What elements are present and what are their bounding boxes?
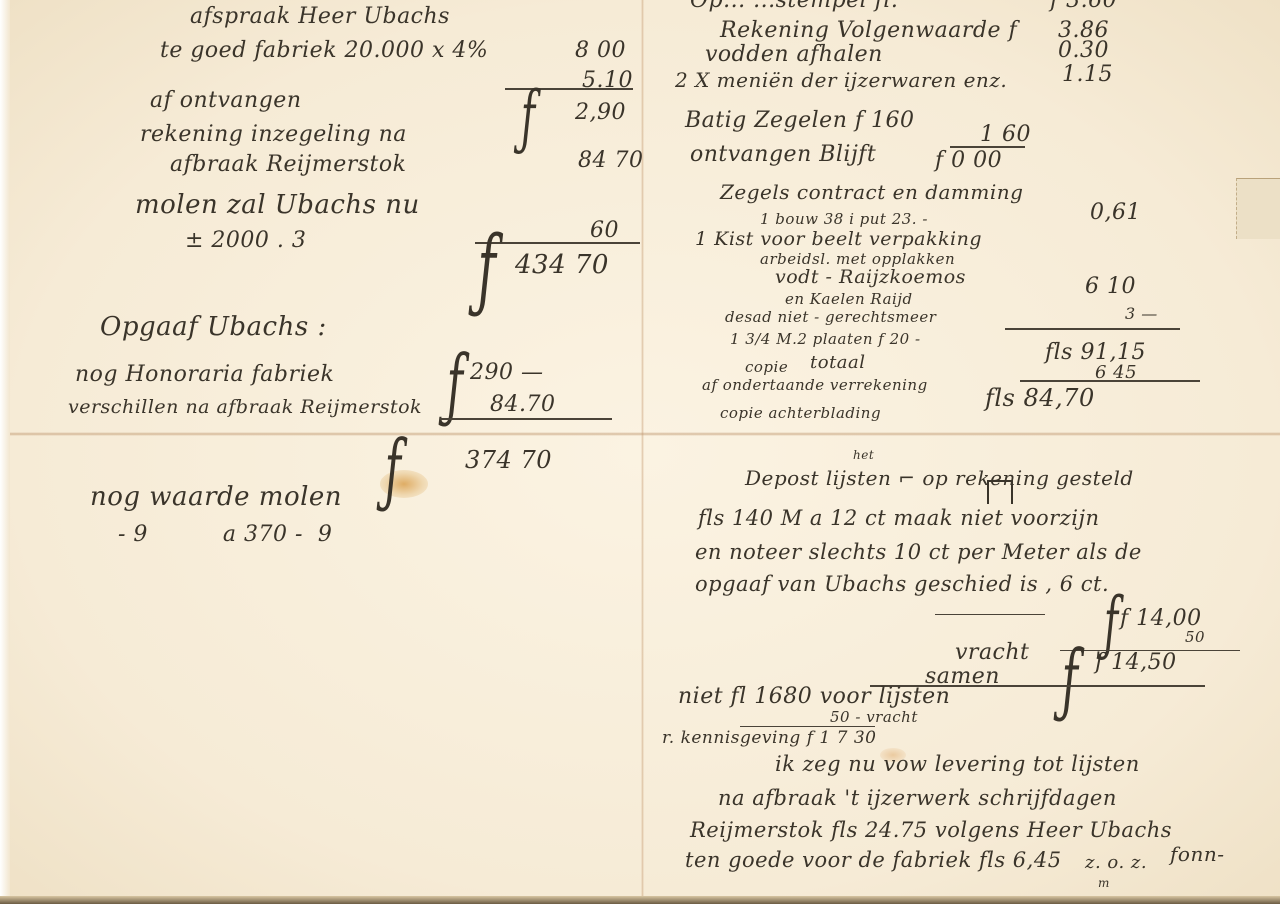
zoz-note-sub: m — [1098, 876, 1110, 890]
left-line-amount: 8 00 — [575, 38, 626, 63]
sum-label: vracht — [955, 640, 1029, 665]
left-line-text: af ontvangen — [150, 88, 302, 113]
florin-sign: ƒ — [385, 430, 401, 510]
right-line-amount: f 0 00 — [935, 148, 1002, 173]
sum-rule — [1005, 328, 1180, 330]
paper-bottom-edge — [0, 896, 1280, 904]
zegels-line-text: desad niet - gerechtsmeer — [725, 308, 936, 326]
left-line-amount: 2,90 — [575, 100, 626, 125]
florin-sign: ƒ — [521, 82, 535, 152]
vertical-fold-line — [641, 0, 644, 904]
niet-line: niet fl 1680 voor lijsten — [678, 684, 950, 709]
depost-line: opgaaf van Ubachs geschied is , 6 ct. — [695, 572, 1109, 596]
zoz-note: z. o. z. — [1085, 852, 1147, 873]
left-line-text: afspraak Heer Ubachs — [190, 4, 450, 29]
opgaaf-line-text: verschillen na afbraak Reijmerstok — [68, 396, 422, 418]
right-line-amount: f 3.60 — [1050, 0, 1117, 13]
opgaaf-total-amount: 374 70 — [465, 446, 552, 474]
depost-superscript: het — [853, 448, 874, 462]
opgaaf-line-amount: 290 — — [470, 360, 543, 385]
opgaaf-line-amount: 84.70 — [490, 392, 555, 417]
zegels-line-text: 1 Kist voor beelt verpakking — [695, 228, 982, 250]
right-line-text: Op... ...stempel fl. — [690, 0, 898, 13]
zegels-line-amount: 3 — — [1125, 304, 1158, 323]
bracket-symbol — [987, 480, 1013, 504]
depost-line: fls 140 M a 12 ct maak niet voorzijn — [698, 506, 1100, 530]
zegels-line-text: en Kaelen Raijd — [785, 290, 913, 308]
zegels-line-text: 1 3/4 M.2 plaaten f 20 - — [730, 330, 921, 348]
right-line-text: vodden afhalen — [705, 42, 883, 67]
sum-rule — [1020, 380, 1200, 382]
closing-line: ten goede voor de fabriek fls 6,45 — [685, 848, 1062, 872]
florin-sign: ƒ — [1104, 588, 1118, 658]
left-line-text: molen zal Ubachs nu — [135, 190, 420, 220]
closing-line: Reijmerstok fls 24.75 volgens Heer Ubach… — [690, 818, 1172, 842]
sum-rule — [440, 418, 612, 420]
zegels-line-text: 1 bouw 38 i put 23. - — [760, 210, 928, 228]
right-line-text: Batig Zegelen f 160 — [685, 108, 915, 133]
opgaaf-title: Opgaaf Ubachs : — [100, 312, 327, 342]
right-line-text: 2 X meniën der ijzerwaren enz. — [675, 68, 1007, 92]
niet-line: r. kennisgeving f 1 7 30 — [662, 728, 876, 748]
paper-left-edge — [0, 0, 10, 904]
horizontal-fold-line — [10, 432, 1280, 436]
depost-line: Depost lijsten ⌐ op rekening gesteld — [745, 466, 1134, 490]
closing-line: ik zeg nu vow levering tot lijsten — [775, 752, 1140, 776]
zegels-line-amount: 6 10 — [1085, 274, 1136, 299]
note-line: - 9 a 370 - 9 — [118, 522, 332, 547]
right-line-amount: 1.15 — [1062, 62, 1113, 87]
sum-rule — [475, 242, 640, 244]
zegels-title: Zegels contract en damming — [720, 180, 1023, 204]
note-line: nog waarde molen — [90, 482, 342, 512]
paper-repair-patch — [1236, 178, 1280, 239]
zegels-line-text: copie — [745, 358, 788, 376]
sum-total-amount: f 14,50 — [1095, 650, 1177, 675]
florin-sign: ƒ — [1062, 640, 1078, 720]
trailing-word: fonn- — [1170, 842, 1224, 866]
left-line-amount: 84 70 — [578, 148, 643, 173]
closing-line: na afbraak 't ijzerwerk schrijfdagen — [718, 786, 1117, 810]
niet-line-amount: 50 - vracht — [830, 708, 918, 726]
sum-amount: 50 — [1185, 628, 1205, 646]
florin-sign: ƒ — [477, 225, 495, 315]
right-line-text: Rekening Volgenwaarde f — [720, 18, 1017, 43]
left-total-amount: 434 70 — [515, 250, 609, 280]
left-line-text: te goed fabriek 20.000 x 4% — [160, 38, 488, 63]
right-line-amount: 0.30 — [1058, 38, 1109, 63]
left-line-text: ± 2000 . 3 — [185, 228, 306, 253]
zegels-line-text: vodt - Raijzkoemos — [775, 266, 966, 288]
left-line-text: afbraak Reijmerstok — [170, 152, 406, 177]
zegels-line-text: totaal — [810, 352, 866, 373]
left-line-amount: 60 — [590, 218, 619, 243]
right-line-amount-top: 1 60 — [980, 122, 1031, 147]
opgaaf-line-text: nog Honoraria fabriek — [75, 362, 334, 387]
sum-rule — [740, 726, 875, 727]
left-line-text: rekening inzegeling na — [140, 122, 407, 147]
zegels-line-text: copie achterblading — [720, 404, 881, 422]
zegels-line-text: af ondertaande verrekening — [702, 376, 928, 394]
zegels-line-amount: 0,61 — [1090, 200, 1141, 225]
florin-sign: ƒ — [447, 345, 463, 425]
zegels-final-amount: fls 84,70 — [985, 384, 1095, 412]
divider-rule — [935, 614, 1045, 615]
right-line-text: ontvangen Blijft — [690, 142, 876, 167]
depost-line: en noteer slechts 10 ct per Meter als de — [695, 540, 1142, 564]
